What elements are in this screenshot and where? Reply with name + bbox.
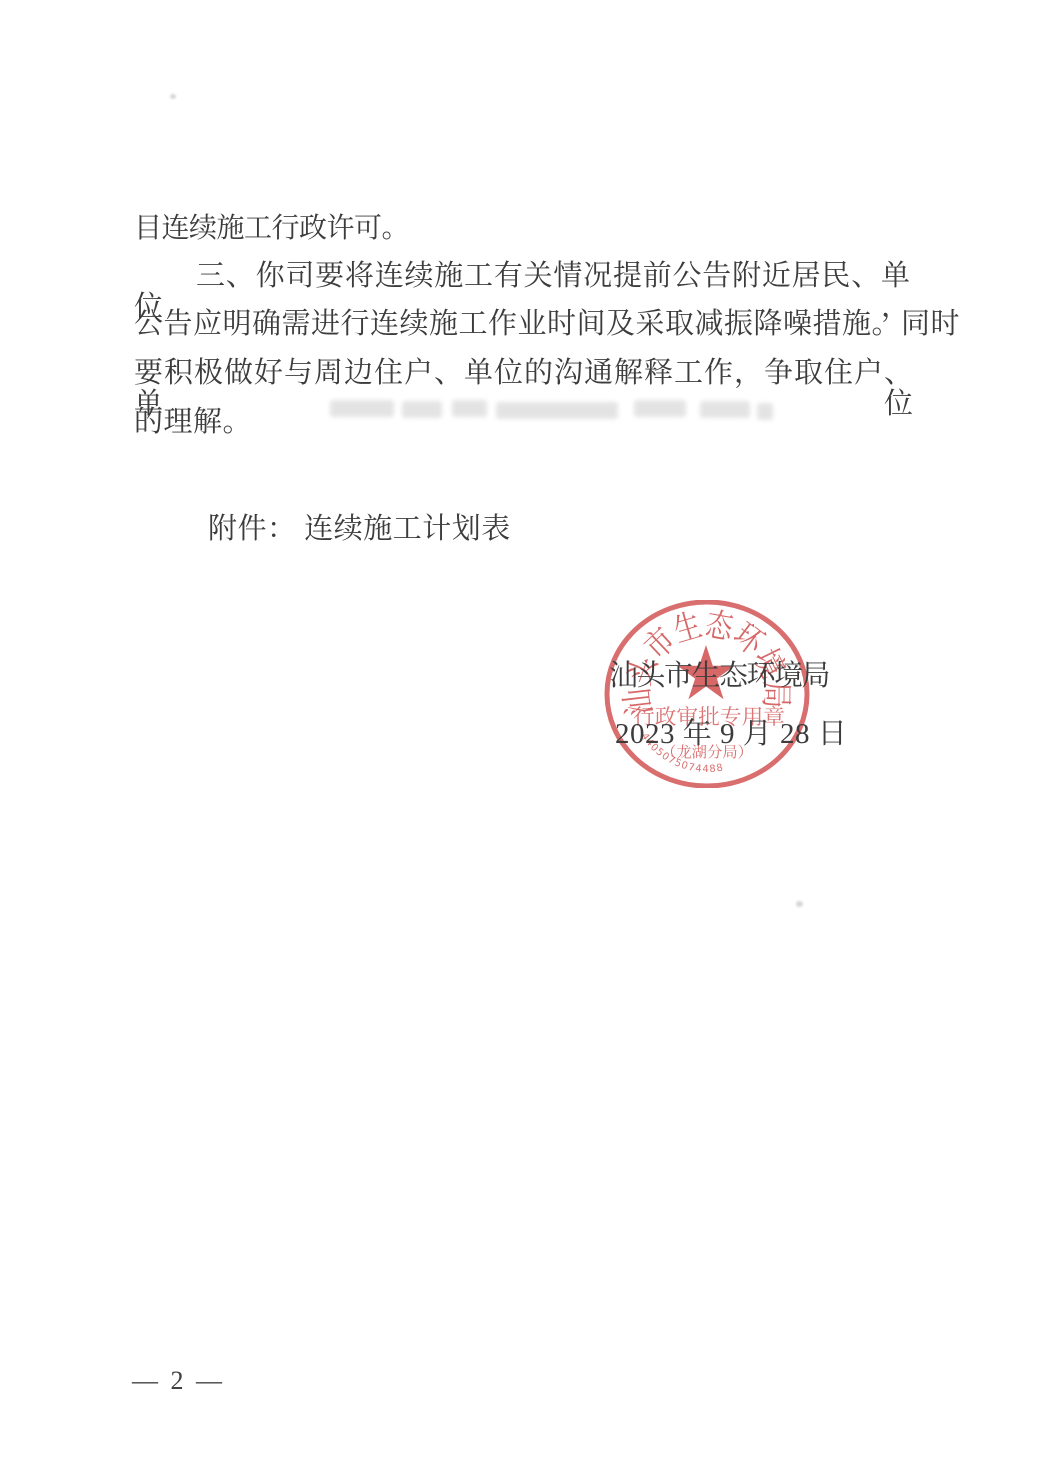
bleed-through-mark bbox=[452, 400, 487, 417]
bleed-through-mark bbox=[757, 403, 773, 420]
paragraph-line-1: 三、你司要将连续施工有关情况提前公告附近居民、单位， bbox=[134, 261, 910, 293]
page-number: — 2 — bbox=[132, 1366, 225, 1396]
bleed-through-mark bbox=[402, 401, 442, 418]
document-page: 目连续施工行政许可。 三、你司要将连续施工有关情况提前公告附近居民、单位， 公告… bbox=[0, 0, 1040, 1470]
paragraph-line-3: 要积极做好与周边住户、单位的沟通解释工作，争取住户、单位 bbox=[134, 358, 913, 390]
attachment-line: 附件： 连续施工计划表 bbox=[208, 514, 511, 546]
bleed-through-mark bbox=[700, 401, 750, 418]
signature-organization: 汕头市生态环境局 bbox=[609, 661, 829, 693]
paragraph-line-4: 的理解。 bbox=[134, 407, 252, 439]
bleed-through-mark bbox=[634, 400, 686, 417]
bleed-through-mark bbox=[496, 402, 618, 419]
scan-speck bbox=[170, 94, 176, 99]
paragraph-line-2: 公告应明确需进行连续施工作业时间及采取减振降噪措施。同时 bbox=[134, 309, 960, 341]
scan-speck bbox=[796, 901, 803, 907]
signature-date: 2023 年 9 月 28 日 bbox=[615, 719, 847, 751]
body-line-continuation: 目连续施工行政许可。 bbox=[134, 213, 409, 245]
bleed-through-mark bbox=[330, 400, 394, 417]
official-seal: 汕头市生态环境局 行政审批专用章 （龙湖分局） 4405075074488 bbox=[603, 600, 811, 788]
